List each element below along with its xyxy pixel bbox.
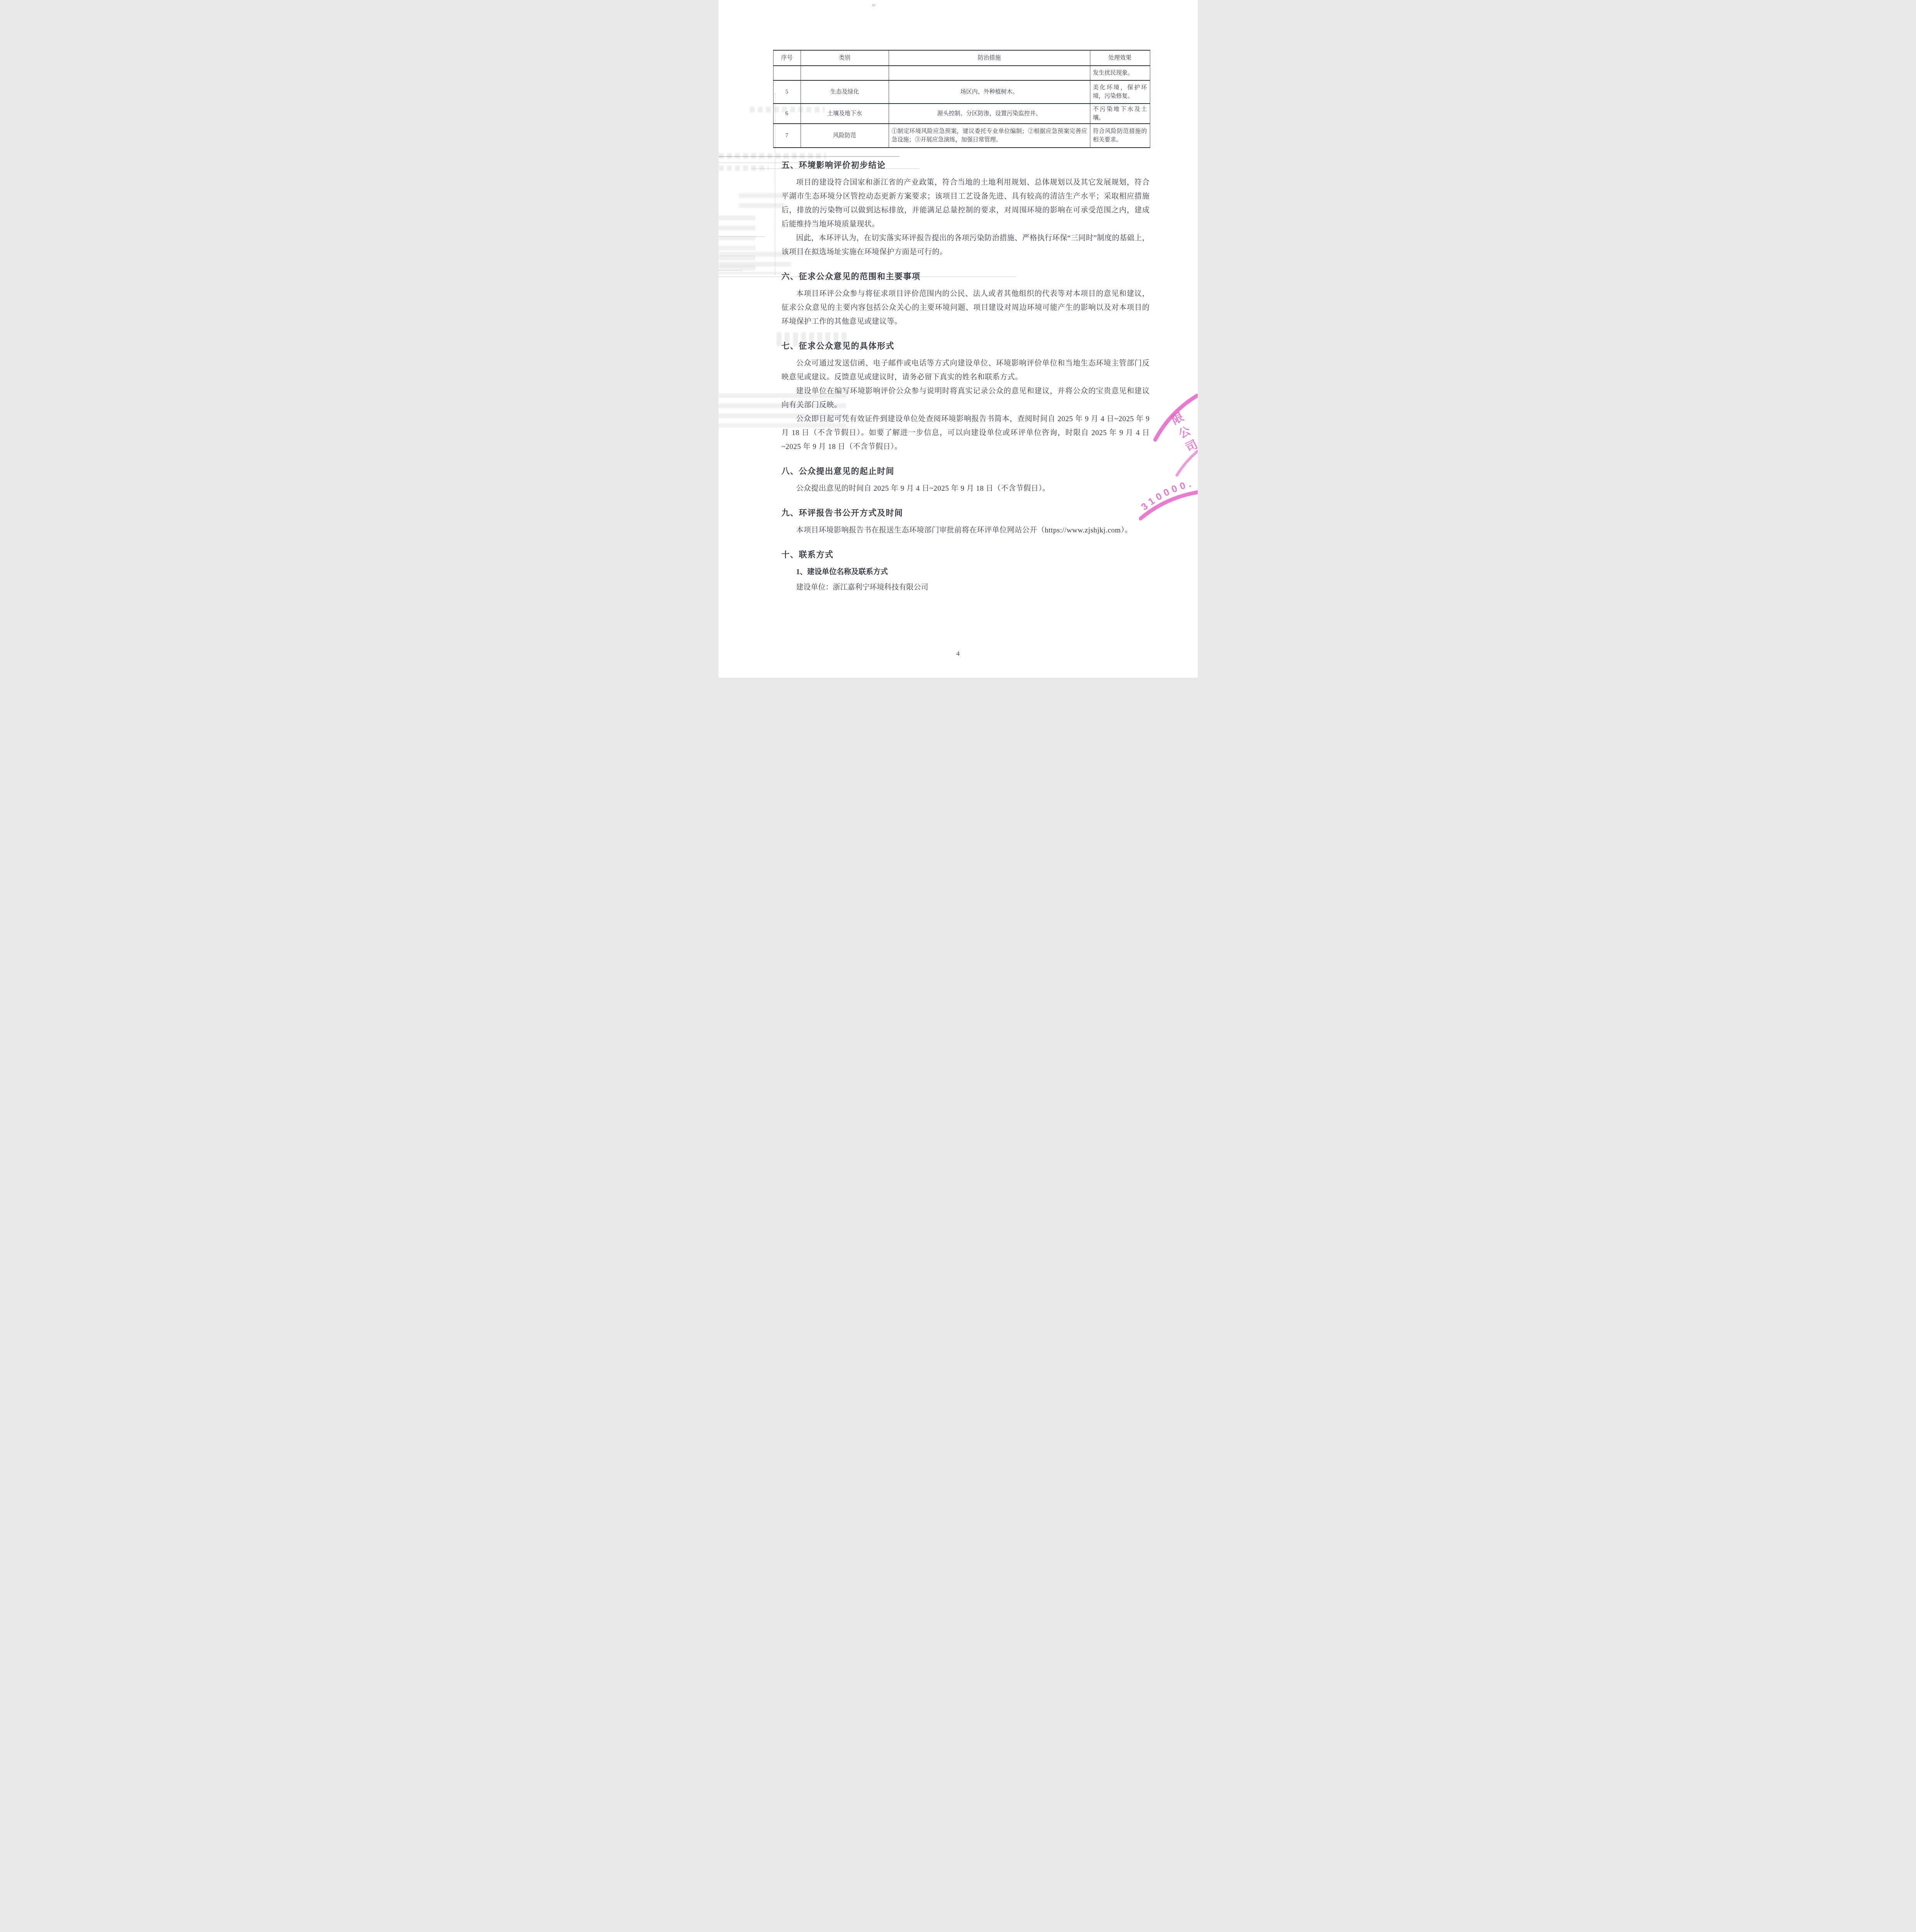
paragraph: 本项目环境影响报告书在报送生态环境部门审批前将在环评单位网站公开（https:/… — [782, 524, 1150, 537]
header-cell-measures: 防治措施 — [889, 50, 1090, 66]
scanned-document-page: 〃 序号 类别 防治措施 处理效果 — [719, 0, 1198, 678]
cell-measures — [889, 66, 1090, 80]
paragraph: 项目的建设符合国家和浙江省的产业政策，符合当地的土地利用规划、总体规划以及其它发… — [782, 176, 1150, 231]
header-cell-category: 类别 — [801, 50, 889, 66]
cell-effect: 符合风险防范措施的相关要求。 — [1090, 124, 1150, 148]
cell-effect: 发生扰民现象。 — [1090, 66, 1150, 80]
section-heading-6: 六、征求公众意见的范围和主要事项 — [782, 271, 1150, 282]
table-row: 7 风险防范 ①制定环境风险应急预案，建议委托专业单位编制；②根据应急预案完善应… — [773, 124, 1150, 148]
cell-category: 风险防范 — [801, 124, 889, 148]
document-body: 序号 类别 防治措施 处理效果 发生扰民现象。 5 生态及绿化 场区内、外种植树… — [782, 0, 1150, 595]
section-heading-10: 十、联系方式 — [782, 549, 1150, 561]
cell-no: 5 — [773, 80, 801, 104]
bleed-through-artifact — [739, 193, 784, 212]
table-row: 发生扰民现象。 — [773, 66, 1150, 80]
cell-no: 7 — [773, 124, 801, 148]
cell-measures: 场区内、外种植树木。 — [889, 80, 1090, 104]
page-number: 4 — [719, 650, 1198, 658]
cell-no — [773, 66, 801, 80]
cell-no: 6 — [773, 104, 801, 124]
scan-line-artifact — [719, 270, 743, 271]
cell-measures: ①制定环境风险应急预案，建议委托专业单位编制；②根据应急预案完善应急设施；③开展… — [889, 124, 1090, 148]
sub-heading: 1、建设单位名称及联系方式 — [796, 565, 1150, 579]
company-seal-stamp: 310000. 限公司 — [1139, 393, 1198, 526]
bleed-through-artifact — [719, 216, 755, 270]
paragraph: 公众提出意见的时间自 2025 年 9 月 4 日~2025 年 9 月 18 … — [782, 482, 1150, 496]
cell-effect: 美化环境，保护环境，污染修复。 — [1090, 80, 1150, 104]
cell-category — [801, 66, 889, 80]
section-heading-9: 九、环评报告书公开方式及时间 — [782, 507, 1150, 519]
bleed-through-artifact — [719, 252, 791, 274]
pollution-measures-table: 序号 类别 防治措施 处理效果 发生扰民现象。 5 生态及绿化 场区内、外种植树… — [773, 50, 1150, 148]
paragraph: 建设单位：浙江嘉利宁环境科技有限公司 — [796, 581, 1150, 595]
bleed-through-artifact — [719, 165, 769, 171]
section-heading-8: 八、公众提出意见的起止时间 — [782, 466, 1150, 477]
paragraph: 公众可通过发送信函、电子邮件或电话等方式向建设单位、环境影响评价单位和当地生态环… — [782, 357, 1150, 384]
header-cell-no: 序号 — [773, 50, 801, 66]
cell-effect: 不污染地下水及土壤。 — [1090, 104, 1150, 124]
table-header-row: 序号 类别 防治措施 处理效果 — [773, 50, 1150, 66]
scan-line-artifact — [719, 236, 765, 237]
paragraph: 公众即日起可凭有效证件到建设单位处查阅环境影响报告书简本，查阅时间自 2025 … — [782, 412, 1150, 454]
table-row: 6 土壤及地下水 源头控制、分区防渗，设置污染监控井。 不污染地下水及土壤。 — [773, 104, 1150, 124]
cell-category: 生态及绿化 — [801, 80, 889, 104]
paragraph: 因此，本环评认为，在切实落实环评报告提出的各项污染防治措施、严格执行环保“三同时… — [782, 231, 1150, 259]
table-row: 5 生态及绿化 场区内、外种植树木。 美化环境，保护环境，污染修复。 — [773, 80, 1150, 104]
section-heading-5: 五、环境影响评价初步结论 — [782, 160, 1150, 171]
cell-category: 土壤及地下水 — [801, 104, 889, 124]
paragraph: 建设单位在编写环境影响评价公众参与说明时将真实记录公众的意见和建议，并将公众的宝… — [782, 384, 1150, 412]
paragraph: 本项目环评公众参与将征求项目评价范围内的公民、法人或者其他组织的代表等对本项目的… — [782, 287, 1150, 329]
header-cell-effect: 处理效果 — [1090, 50, 1150, 66]
cell-measures: 源头控制、分区防渗，设置污染监控井。 — [889, 104, 1090, 124]
section-heading-7: 七、征求公众意见的具体形式 — [782, 340, 1150, 352]
